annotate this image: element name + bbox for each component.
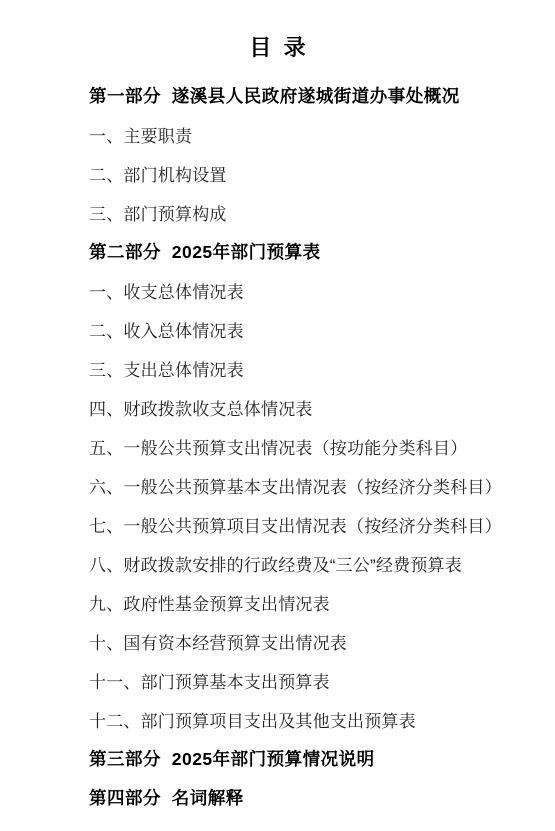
toc-entry: 二、部门机构设置 xyxy=(0,154,555,193)
toc-part-1: 第一部分 遂溪县人民政府遂城街道办事处概况 xyxy=(0,76,555,115)
toc-entry: 六、一般公共预算基本支出情况表（按经济分类科目） xyxy=(0,466,555,505)
toc-entry: 三、部门预算构成 xyxy=(0,193,555,232)
document-title: 目 录 xyxy=(0,0,555,61)
toc-entry: 一、收支总体情况表 xyxy=(0,271,555,310)
toc-entry: 七、一般公共预算项目支出情况表（按经济分类科目） xyxy=(0,505,555,544)
toc-entry: 十二、部门预算项目支出及其他支出预算表 xyxy=(0,700,555,739)
toc-entry: 八、财政拨款安排的行政经费及“三公”经费预算表 xyxy=(0,544,555,583)
toc-entry: 十、国有资本经营预算支出情况表 xyxy=(0,622,555,661)
toc-entry: 四、财政拨款收支总体情况表 xyxy=(0,388,555,427)
toc-part-2: 第二部分 2025年部门预算表 xyxy=(0,232,555,271)
toc-entry: 九、政府性基金预算支出情况表 xyxy=(0,583,555,622)
toc-part-4: 第四部分 名词解释 xyxy=(0,778,555,817)
toc-entry: 五、一般公共预算支出情况表（按功能分类科目） xyxy=(0,427,555,466)
toc-entry: 三、支出总体情况表 xyxy=(0,349,555,388)
toc-entry: 十一、部门预算基本支出预算表 xyxy=(0,661,555,700)
document-page: 目 录 第一部分 遂溪县人民政府遂城街道办事处概况 一、主要职责 二、部门机构设… xyxy=(0,0,555,831)
toc-entry: 一、主要职责 xyxy=(0,115,555,154)
toc-entry: 二、收入总体情况表 xyxy=(0,310,555,349)
toc-part-3: 第三部分 2025年部门预算情况说明 xyxy=(0,739,555,778)
table-of-contents: 第一部分 遂溪县人民政府遂城街道办事处概况 一、主要职责 二、部门机构设置 三、… xyxy=(0,76,555,817)
